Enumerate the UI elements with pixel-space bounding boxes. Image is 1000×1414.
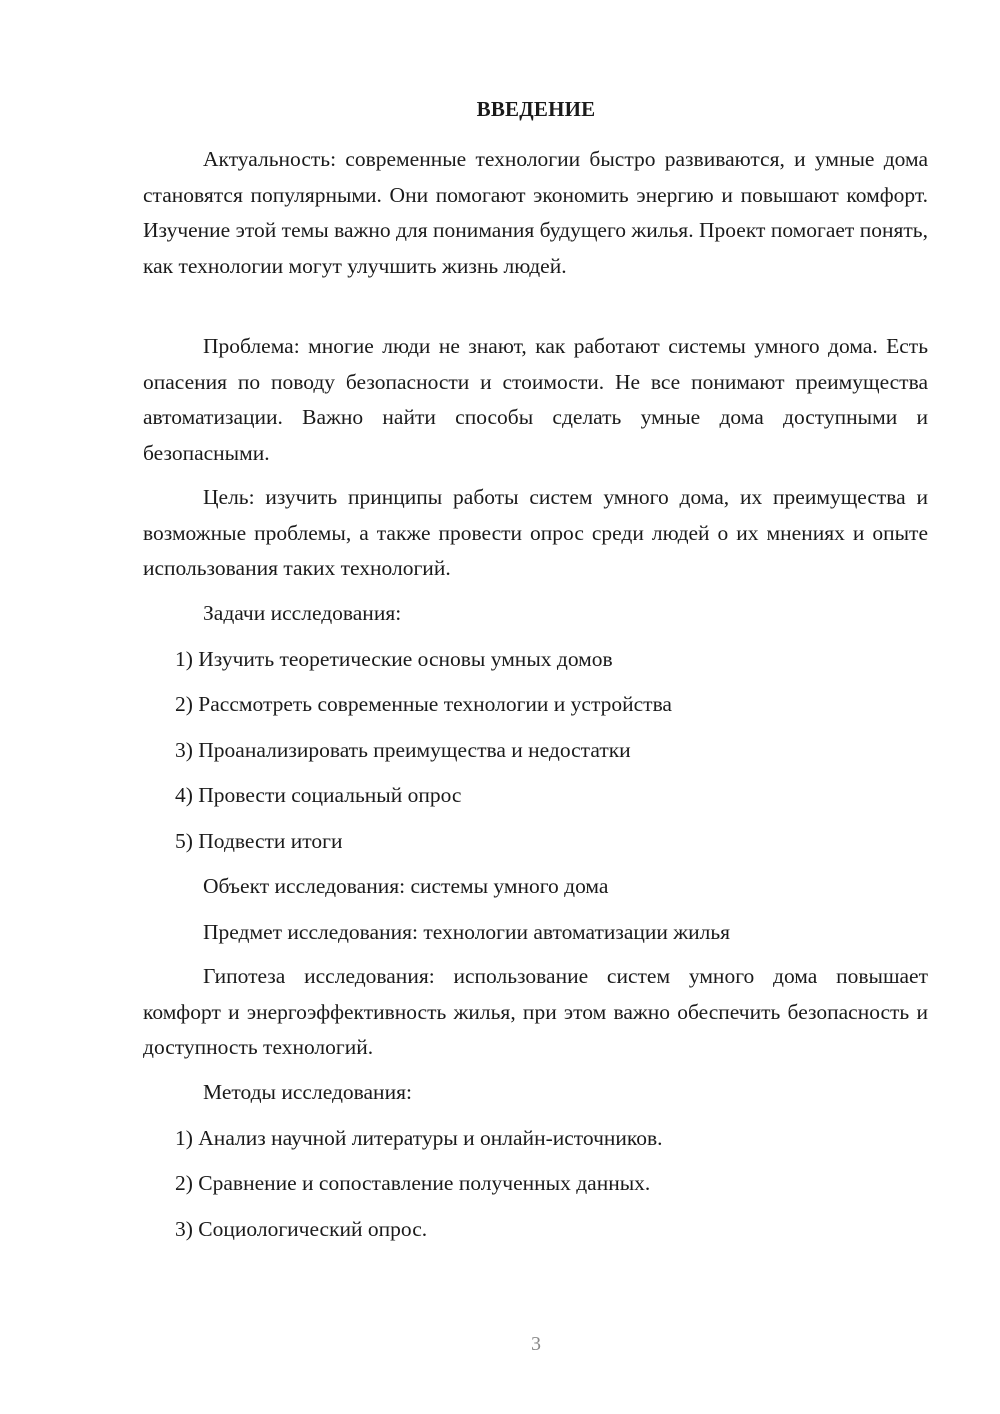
research-subject: Предмет исследования: технологии автомат…	[203, 917, 730, 947]
tasks-heading: Задачи исследования:	[203, 598, 401, 628]
page-number: 3	[0, 1333, 1000, 1356]
method-item: 2) Сравнение и сопоставление полученных …	[175, 1168, 650, 1198]
task-item: 2) Рассмотреть современные технологии и …	[175, 689, 672, 719]
method-item: 3) Социологический опрос.	[175, 1214, 427, 1244]
task-item: 4) Провести социальный опрос	[175, 780, 461, 810]
task-item: 5) Подвести итоги	[175, 826, 343, 856]
paragraph-goal: Цель: изучить принципы работы систем умн…	[143, 480, 928, 587]
method-item: 1) Анализ научной литературы и онлайн-ис…	[175, 1123, 663, 1153]
paragraph-problem: Проблема: многие люди не знают, как рабо…	[143, 329, 928, 471]
methods-heading: Методы исследования:	[203, 1077, 412, 1107]
task-item: 1) Изучить теоретические основы умных до…	[175, 644, 613, 674]
task-item: 3) Проанализировать преимущества и недос…	[175, 735, 631, 765]
document-page: ВВЕДЕНИЕ Актуальность: современные техно…	[0, 0, 1000, 1414]
section-title: ВВЕДЕНИЕ	[0, 97, 1000, 122]
paragraph-hypothesis: Гипотеза исследования: использование сис…	[143, 959, 928, 1066]
research-object: Объект исследования: системы умного дома	[203, 871, 608, 901]
paragraph-relevance: Актуальность: современные технологии быс…	[143, 142, 928, 284]
